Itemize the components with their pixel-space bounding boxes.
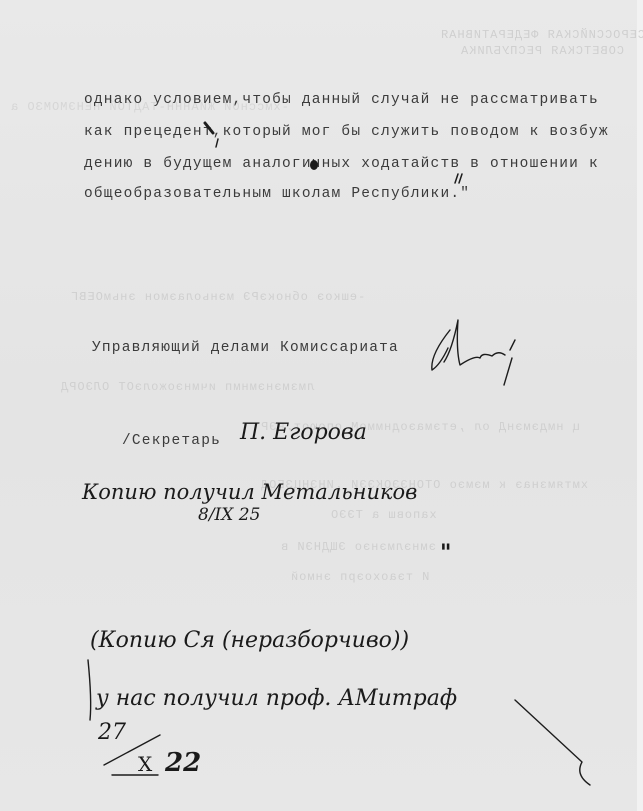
document-page: ВСЕРОССИЙСКАЯ ФЕДЕРАТИВНАЯ СОВЕТСКАЯ РЕС… <box>0 0 643 811</box>
bottom-note-strokes <box>0 0 643 811</box>
